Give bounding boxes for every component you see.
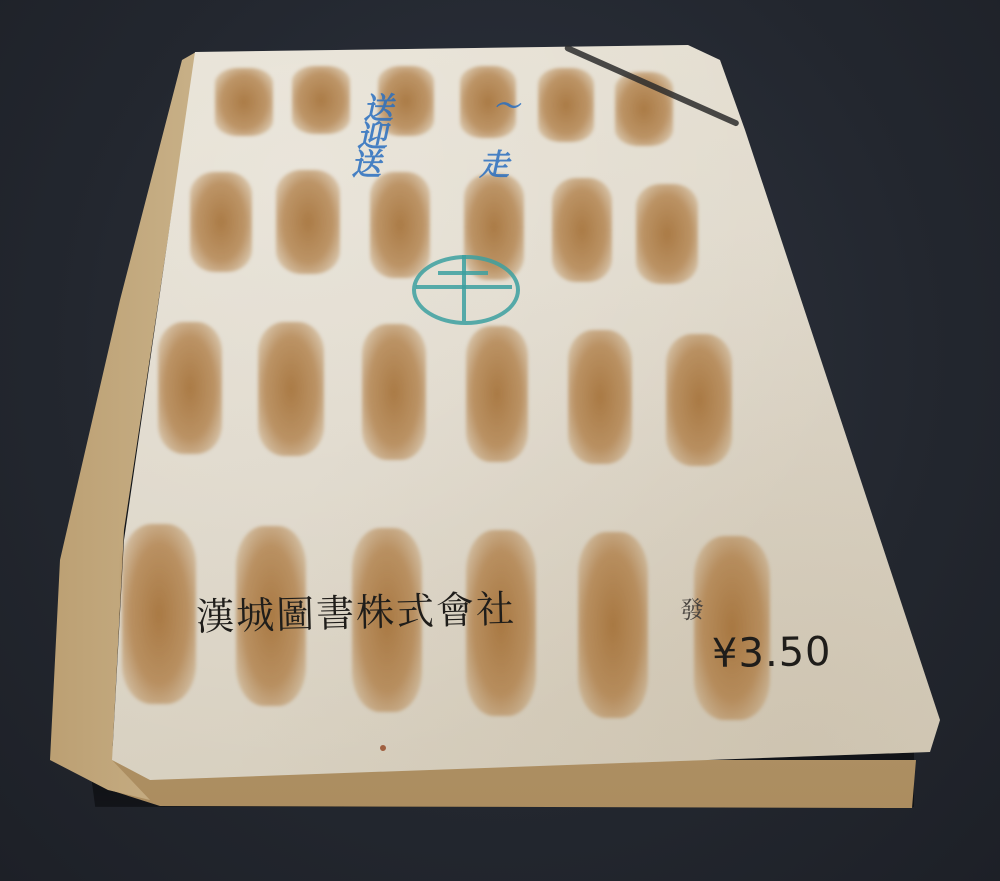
photo-scene: 送迎送 〜 走 漢城圖書株式會社 發 ¥3.50 xyxy=(0,0,1000,881)
stain xyxy=(122,524,196,704)
price-label: ¥3.50 xyxy=(712,629,832,677)
stain xyxy=(215,68,273,136)
stain-speck xyxy=(380,745,386,751)
stain xyxy=(666,334,732,466)
stain xyxy=(694,536,770,720)
stain xyxy=(370,172,430,278)
stain xyxy=(636,184,698,284)
stain xyxy=(552,178,612,282)
stain xyxy=(158,322,222,454)
stain xyxy=(362,324,426,460)
stain xyxy=(190,172,252,272)
stain xyxy=(292,66,350,134)
stain xyxy=(568,330,632,464)
stain xyxy=(258,322,324,456)
stain xyxy=(578,532,648,718)
stain xyxy=(538,68,594,142)
publisher-name: 漢城圖書株式會社 xyxy=(195,578,516,641)
publisher-suffix: 發 xyxy=(679,589,705,625)
stain xyxy=(276,170,340,274)
circle-cross-stamp-icon xyxy=(412,255,520,325)
stain xyxy=(466,326,528,462)
